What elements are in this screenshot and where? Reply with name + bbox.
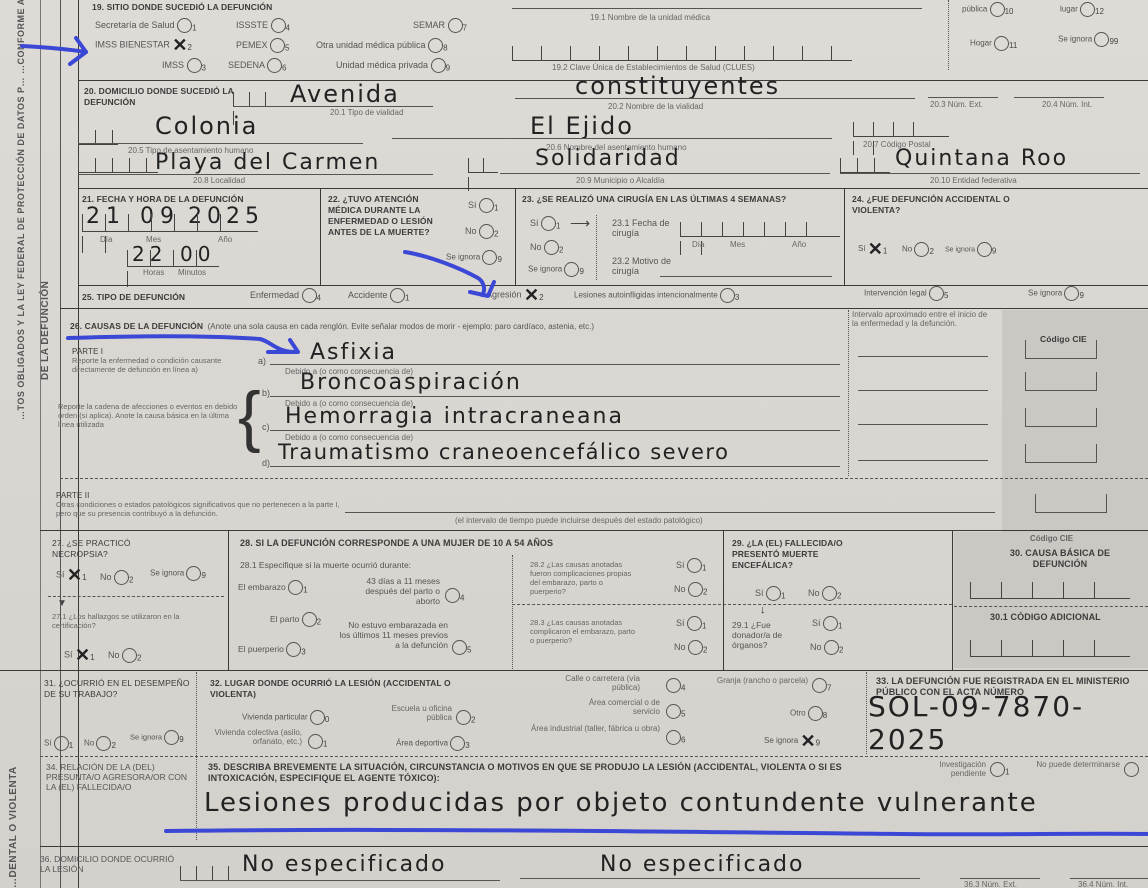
s25-option-se-ignora[interactable]: Se ignora 9: [1028, 286, 1084, 301]
s26-parte1-note: Reporte la enfermedad o condición causan…: [72, 356, 242, 374]
s19-option-otro-lugar[interactable]: lugar 12: [1060, 2, 1104, 17]
s32-option-industrial-label: Área industrial (taller, fábrica u obra): [524, 724, 660, 733]
radio-circle[interactable]: [456, 710, 471, 725]
s20-2-label: 20.2 Nombre de la vialidad: [608, 102, 703, 111]
margin-line: [40, 0, 41, 888]
s19-divider: [948, 0, 949, 70]
s20-10-entidad-value[interactable]: Quintana Roo: [895, 146, 1068, 171]
s19-option-se-ignora[interactable]: Se ignora 99: [1058, 32, 1138, 47]
s26-parte2-footnote: (el intervalo de tiempo puede incluirse …: [455, 516, 703, 525]
s19-option-sedena[interactable]: SEDENA 6: [228, 58, 286, 73]
underline: [270, 364, 840, 365]
radio-circle[interactable]: [445, 588, 460, 603]
s26-cause-c-value[interactable]: Hemorragia intracraneana: [285, 404, 624, 429]
s32-option-escuela[interactable]: 2: [456, 710, 475, 725]
s28-3-option-si[interactable]: Sí 1: [676, 616, 706, 631]
s34-title: 34. RELACIÓN DE LA (DEL) PRESUNTA/O AGRE…: [46, 762, 196, 792]
s26-parte2-input[interactable]: [345, 512, 995, 513]
s32-option-area-deportiva[interactable]: Área deportiva 3: [396, 736, 470, 751]
s29-option-no[interactable]: No 2: [808, 586, 841, 601]
s27-1-option-si[interactable]: Sí ✕1: [64, 648, 95, 662]
s20-1-tipo-vialidad-value[interactable]: Avenida: [290, 80, 400, 108]
margin-vertical-text-mid: DE LA DEFUNCIÓN: [40, 281, 51, 380]
radio-circle[interactable]: [688, 640, 703, 655]
s19-option-secretaria-salud[interactable]: Secretaría de Salud 1: [95, 18, 197, 33]
s29-1-option-si[interactable]: Sí 1: [812, 616, 842, 631]
s31-option-si[interactable]: Sí 1: [44, 736, 73, 751]
s32-option-industrial[interactable]: 6: [666, 730, 685, 745]
s25-option-agresion[interactable]: Agresión ✕2: [486, 288, 544, 302]
s26-cause-a-value[interactable]: Asfixia: [310, 340, 397, 365]
s19-option-hogar[interactable]: Hogar 11: [970, 36, 1017, 51]
s32-option-otro[interactable]: Otro 8: [790, 706, 827, 721]
radio-circle[interactable]: [1124, 762, 1139, 777]
s32-option-escuela-label: Escuela u oficina pública: [372, 704, 452, 722]
s20-3-label: 20.3 Núm. Ext.: [930, 100, 983, 109]
s23-1-fecha-input[interactable]: [680, 222, 840, 237]
underline: [1014, 97, 1104, 98]
s20-8-localidad-value[interactable]: Playa del Carmen: [155, 150, 380, 175]
s28-1-option-43dias[interactable]: 4: [445, 588, 464, 603]
s32-option-vivienda-colectiva-label: Vivienda colectiva (asilo, orfanato, etc…: [202, 728, 302, 746]
section-divider: [78, 285, 1148, 286]
s29-1-option-no[interactable]: No 2: [810, 640, 843, 655]
radio-circle[interactable]: [1094, 32, 1109, 47]
s32-option-vivienda-colectiva[interactable]: 1: [308, 734, 327, 749]
s20-2-nombre-vialidad-value[interactable]: constituyentes: [575, 72, 780, 100]
s35-title: 35. DESCRIBA BREVEMENTE LA SITUACIÓN, CI…: [208, 762, 908, 784]
underline: [270, 430, 840, 431]
radio-circle[interactable]: [302, 612, 317, 627]
divider: [40, 756, 1148, 757]
s20-5-tipo-asentamiento-value[interactable]: Colonia: [155, 112, 258, 140]
section-divider: [844, 188, 845, 285]
underline: [78, 174, 433, 175]
s23-1-mes-label: Mes: [730, 240, 745, 249]
section-divider: [40, 530, 1148, 531]
s32-option-granja[interactable]: 7: [812, 678, 831, 693]
s23-1-dia-label: Día: [692, 240, 704, 249]
s24-option-no[interactable]: No 2: [902, 242, 934, 257]
death-certificate-page: …TOS OBLIGADOS Y LA LEY FEDERAL DE PROTE…: [0, 0, 1148, 888]
s25-option-intervencion-legal[interactable]: Intervención legal 5: [864, 286, 948, 301]
s28-1-option-embarazo[interactable]: El embarazo 1: [238, 580, 308, 595]
s27-1-option-no[interactable]: No 2: [108, 648, 141, 663]
radio-circle[interactable]: [122, 648, 137, 663]
s35-option-no-determinarse-label: No puede determinarse: [1030, 760, 1120, 769]
underline: [960, 878, 1040, 879]
radio-circle[interactable]: [812, 678, 827, 693]
s23-2-motivo-input[interactable]: [660, 276, 832, 277]
s26-interval-d[interactable]: [858, 460, 988, 461]
s28-1-option-parto[interactable]: El parto 2: [270, 612, 321, 627]
s25-title: 25. TIPO DE DEFUNCIÓN: [82, 292, 185, 303]
radio-circle[interactable]: [541, 216, 556, 231]
underline: [515, 98, 915, 99]
section-divider: [320, 188, 321, 285]
s19-1-line: [512, 8, 922, 9]
arrow-right-icon: ⟶: [570, 215, 590, 232]
s23-2-label: 23.2 Motivo de cirugía: [612, 256, 682, 276]
s32-option-comercial-label: Área comercial o de servicio: [560, 698, 660, 716]
underline: [928, 97, 998, 98]
radio-circle[interactable]: [823, 616, 838, 631]
divider: [954, 606, 1148, 607]
s26-cie-c[interactable]: [1025, 408, 1097, 427]
s19-title: 19. SITIO DONDE SUCEDIÓ LA DEFUNCIÓN: [92, 2, 272, 13]
s28-1-option-no-embarazada-label: No estuvo embarazada en los últimos 11 m…: [338, 620, 448, 650]
s28-3-question: 28.3 ¿Las causas anotadas complicaron el…: [530, 618, 640, 645]
section-divider: [78, 188, 1148, 189]
s25-option-autoinfligidas[interactable]: Lesiones autoinfligidas intencionalmente…: [574, 288, 739, 303]
radio-circle[interactable]: [666, 704, 681, 719]
s26-parte2-note: Otras condiciones o estados patológicos …: [56, 500, 346, 518]
s30-causa-basica-input[interactable]: [970, 582, 1130, 599]
s28-2-option-si[interactable]: Sí 1: [676, 558, 706, 573]
radio-circle[interactable]: [164, 730, 179, 745]
s26-cie-b[interactable]: [1025, 372, 1097, 391]
underline: [233, 106, 433, 107]
s36-4-label: 36.4 Núm. Int.: [1078, 880, 1128, 888]
s23-option-se-ignora[interactable]: Se ignora 9: [528, 262, 584, 277]
radio-circle[interactable]: [286, 642, 301, 657]
divider: [866, 672, 867, 754]
s20-8-boxes: [78, 158, 158, 173]
s20-6-nombre-asentamiento-value[interactable]: El Ejido: [530, 112, 634, 140]
radio-circle[interactable]: [824, 640, 839, 655]
underline: [78, 143, 363, 144]
s23-title: 23. ¿SE REALIZÓ UNA CIRUGÍA EN LAS ÚLTIM…: [522, 194, 786, 205]
section-divider: [228, 530, 229, 670]
divider: [596, 215, 597, 280]
section-divider: [40, 846, 1148, 847]
radio-circle[interactable]: [302, 288, 317, 303]
s36-title: 36. DOMICILIO DONDE OCURRIÓ LA LESIÓN: [40, 854, 180, 874]
radio-circle[interactable]: [687, 616, 702, 631]
section-divider: [60, 308, 1148, 309]
underline: [1070, 878, 1148, 879]
radio-circle[interactable]: [990, 762, 1005, 777]
s31-option-se-ignora[interactable]: Se ignora 9: [130, 730, 200, 745]
underline: [520, 878, 920, 879]
s35-option-investigacion-label: Investigación pendiente: [926, 760, 986, 778]
underline: [392, 138, 832, 139]
radio-circle[interactable]: [1080, 2, 1095, 17]
divider: [848, 310, 849, 476]
s19-option-semar[interactable]: SEMAR 7: [413, 18, 467, 33]
radio-circle[interactable]: [308, 734, 323, 749]
s32-option-calle-label: Calle o carretera (vía pública): [540, 674, 640, 692]
s28-1-option-no-embarazada[interactable]: 5: [452, 640, 471, 655]
radio-circle[interactable]: [187, 58, 202, 73]
s20-7-codigo-postal-input[interactable]: [853, 122, 949, 137]
margin-vertical-text-bottom: …DENTAL O VIOLENTA: [8, 766, 19, 888]
divider: [512, 604, 952, 605]
s27-option-si[interactable]: Sí ✕1: [56, 568, 87, 582]
s26-letter-c: c): [262, 422, 270, 432]
section-divider: [952, 530, 953, 670]
s32-option-comercial[interactable]: 5: [666, 704, 685, 719]
divider: [60, 478, 1148, 479]
s28-1-option-puerperio[interactable]: El puerperio 3: [238, 642, 306, 657]
margin-vertical-text-top: …TOS OBLIGADOS Y LA LEY FEDERAL DE PROTE…: [16, 0, 26, 420]
underline: [500, 173, 830, 174]
s19-1-label: 19.1 Nombre de la unidad médica: [590, 13, 710, 22]
s19-option-pemex[interactable]: PEMEX 5: [236, 38, 289, 53]
radio-circle[interactable]: [564, 262, 579, 277]
s19-option-issste[interactable]: ISSSTE 4: [236, 18, 290, 33]
s22-option-se-ignora[interactable]: Se ignora 9: [446, 250, 506, 265]
checkmark-x-icon: ✕: [172, 35, 187, 55]
s26-cause-d-value[interactable]: Traumatismo craneoencefálico severo: [278, 440, 729, 464]
s26-letter-d: d): [262, 458, 270, 468]
s20-1-boxes: [233, 92, 281, 107]
s20-8-label: 20.8 Localidad: [193, 176, 245, 185]
s22-option-no[interactable]: No 2: [465, 224, 498, 239]
divider: [512, 555, 513, 669]
radio-circle[interactable]: [822, 586, 837, 601]
s29-title: 29. ¿LA (EL) FALLECIDA/O PRESENTÓ MUERTE…: [732, 538, 872, 571]
radio-circle[interactable]: [177, 18, 192, 33]
s30-1-title: 30.1 CÓDIGO ADICIONAL: [990, 612, 1101, 623]
s20-title: 20. DOMICILIO DONDE SUCEDIÓ LA DEFUNCIÓN: [84, 86, 234, 108]
s27-option-se-ignora[interactable]: Se ignora 9: [150, 566, 225, 581]
radio-circle[interactable]: [1064, 286, 1079, 301]
radio-circle[interactable]: [479, 224, 494, 239]
s29-option-si[interactable]: Sí 1: [755, 586, 785, 601]
s35-option-investigacion[interactable]: 1: [990, 762, 1009, 777]
checkmark-x-icon: ✕: [67, 565, 82, 585]
s19-option-otra-publica[interactable]: Otra unidad médica pública 8: [316, 38, 448, 53]
s31-title: 31. ¿OCURRIÓ EN EL DESEMPEÑO DE SU TRABA…: [44, 678, 194, 700]
s29-1-question: 29.1 ¿Fue donador/a de órganos?: [732, 620, 794, 650]
s25-option-accidente[interactable]: Accidente 1: [348, 288, 410, 303]
s26-interval-a[interactable]: [858, 356, 988, 357]
underline: [840, 173, 1140, 174]
radio-circle[interactable]: [448, 18, 463, 33]
radio-circle[interactable]: [310, 710, 325, 725]
s26-interval-b[interactable]: [858, 390, 988, 391]
radio-circle[interactable]: [688, 582, 703, 597]
s19-2-clues-input[interactable]: [512, 46, 852, 61]
radio-circle[interactable]: [431, 58, 446, 73]
radio-circle[interactable]: [994, 36, 1009, 51]
s32-option-se-ignora[interactable]: Se ignora ✕9: [764, 734, 820, 748]
s26-letter-b: b): [262, 388, 270, 398]
s20-4-label: 20.4 Núm. Int.: [1042, 100, 1092, 109]
radio-circle[interactable]: [288, 580, 303, 595]
s32-option-vivienda-particular[interactable]: Vivienda particular 0: [242, 710, 329, 725]
s28-3-option-no[interactable]: No 2: [674, 640, 707, 655]
s21-date-boxes: [82, 214, 258, 232]
radio-circle[interactable]: [270, 38, 285, 53]
underline: [270, 466, 840, 467]
arrow-down-icon: ▼: [57, 598, 67, 609]
s23-1-anio-label: Año: [792, 240, 806, 249]
s30-cie-label: Código CIE: [1030, 534, 1073, 543]
s32-option-granja-label: Granja (rancho o parcela): [698, 676, 808, 685]
radio-circle[interactable]: [687, 558, 702, 573]
s20-9-municipio-value[interactable]: Solidaridad: [535, 146, 681, 171]
s30-title: 30. CAUSA BÁSICA DE DEFUNCIÓN: [1000, 548, 1120, 570]
s31-option-no[interactable]: No 2: [84, 736, 116, 751]
s28-2-question: 28.2 ¿Las causas anotadas fueron complic…: [530, 560, 640, 596]
s20-1-label: 20.1 Tipo de vialidad: [330, 108, 403, 117]
radio-circle[interactable]: [666, 730, 681, 745]
s32-option-calle[interactable]: 4: [666, 678, 685, 693]
divider: [48, 596, 224, 597]
s24-option-si[interactable]: Sí ✕1: [858, 242, 887, 256]
radio-circle[interactable]: [720, 288, 735, 303]
s26-cie-a[interactable]: [1025, 340, 1097, 359]
s28-1-option-43dias-label: 43 días a 11 meses después del parto o a…: [350, 576, 440, 606]
s19-option-imss-bienestar[interactable]: IMSS BIENESTAR ✕2: [95, 38, 192, 52]
s26-title: 26. CAUSAS DE LA DEFUNCIÓN: [70, 321, 203, 331]
s26-header: 26. CAUSAS DE LA DEFUNCIÓN (Anote una so…: [70, 316, 594, 334]
radio-circle[interactable]: [766, 586, 781, 601]
radio-circle[interactable]: [271, 18, 286, 33]
radio-circle[interactable]: [452, 640, 467, 655]
brace-icon: {: [238, 382, 261, 450]
s36-3-label: 36.3 Núm. Ext.: [964, 880, 1017, 888]
s20-9-label: 20.9 Municipio o Alcaldía: [576, 176, 665, 185]
checkmark-x-icon: ✕: [868, 239, 883, 259]
s28-2-option-no[interactable]: No 2: [674, 582, 707, 597]
s20-9-boxes: [468, 158, 498, 173]
s21-dia-label: Día: [100, 235, 112, 244]
s26-interval-header: Intervalo aproximado entre el inicio de …: [852, 310, 992, 328]
s33-acta-value[interactable]: SOL-09-7870-2025: [868, 690, 1148, 756]
s21-time-boxes: [127, 250, 219, 267]
s19-2-label: 19.2 Clave Única de Establecimientos de …: [552, 63, 755, 72]
radio-circle[interactable]: [114, 570, 129, 585]
s21-anio-label: Año: [218, 235, 232, 244]
radio-circle[interactable]: [990, 2, 1005, 17]
s27-1-title: 27.1 ¿Los hallazgos se utilizaron en la …: [52, 612, 212, 630]
radio-circle[interactable]: [450, 736, 465, 751]
s22-option-si[interactable]: Sí 1: [468, 198, 498, 213]
underline: [270, 396, 840, 397]
s24-option-se-ignora[interactable]: Se ignora 9: [945, 242, 996, 257]
checkmark-x-icon: ✕: [524, 285, 539, 305]
margin-line: [60, 0, 61, 888]
radio-circle[interactable]: [808, 706, 823, 721]
s28-title: 28. SI LA DEFUNCIÓN CORRESPONDE A UNA MU…: [240, 538, 553, 549]
s36-boxes: [180, 866, 240, 881]
s36-tipo-vialidad-value[interactable]: No especificado: [242, 852, 446, 877]
s26-cause-b-value[interactable]: Broncoaspiración: [300, 370, 522, 395]
s20-10-label: 20.10 Entidad federativa: [930, 176, 1017, 185]
s26-chain-note: Reporte la cadena de afecciones o evento…: [58, 402, 238, 429]
section-divider: [515, 188, 516, 285]
radio-circle[interactable]: [479, 198, 494, 213]
radio-circle[interactable]: [96, 736, 111, 751]
underline-annotation-s35: [166, 830, 1148, 834]
s32-title: 32. LUGAR DONDE OCURRIÓ LA LESIÓN (ACCID…: [210, 678, 470, 700]
radio-circle[interactable]: [666, 678, 681, 693]
s23-1-label: 23.1 Fecha de cirugía: [612, 218, 682, 238]
radio-circle[interactable]: [544, 240, 559, 255]
s30-1-codigo-adicional-input[interactable]: [970, 640, 1130, 657]
s27-option-no[interactable]: No 2: [100, 570, 133, 585]
s28-1-question: 28.1 Especifique si la muerte ocurrió du…: [240, 560, 411, 570]
s26-cie-d[interactable]: [1025, 444, 1097, 463]
underline: [180, 880, 500, 881]
radio-circle[interactable]: [267, 58, 282, 73]
radio-circle[interactable]: [914, 242, 929, 257]
radio-circle[interactable]: [186, 566, 201, 581]
arrow-down-icon: ↓: [760, 604, 766, 616]
arrow-annotation-s19: [22, 46, 86, 52]
s20-10-boxes: [840, 158, 890, 173]
radio-circle[interactable]: [929, 286, 944, 301]
s21-minutos-label: Minutos: [178, 268, 206, 277]
s35-option-no-determinarse[interactable]: [1124, 762, 1139, 777]
s19-option-via-publica[interactable]: pública 10: [962, 2, 1014, 17]
checkmark-x-icon: ✕: [800, 731, 815, 751]
s26-cie-parte2[interactable]: [1035, 494, 1107, 513]
radio-circle[interactable]: [428, 38, 443, 53]
checkmark-x-icon: ✕: [75, 645, 90, 665]
section-divider: [723, 530, 724, 670]
s36-nombre-vialidad-value[interactable]: No especificado: [600, 852, 804, 877]
radio-circle[interactable]: [482, 250, 497, 265]
radio-circle[interactable]: [54, 736, 69, 751]
s22-title: 22. ¿TUVO ATENCIÓN MÉDICA DURANTE LA ENF…: [328, 194, 443, 238]
s21-horas-label: Horas: [143, 268, 164, 277]
s35-description-value[interactable]: Lesiones producidas por objeto contunden…: [204, 788, 1038, 818]
s26-interval-c[interactable]: [858, 424, 988, 425]
section-divider: [0, 670, 1148, 671]
radio-circle[interactable]: [390, 288, 405, 303]
s26-letter-a: a): [258, 356, 266, 366]
s24-title: 24. ¿FUE DEFUNCIÓN ACCIDENTAL O VIOLENTA…: [852, 194, 1012, 216]
s26-instructions: (Anote una sola causa en cada renglón. E…: [208, 322, 594, 331]
radio-circle[interactable]: [977, 242, 992, 257]
s27-title: 27. ¿SE PRACTICÓ NECROPSIA?: [52, 538, 162, 560]
s25-option-enfermedad[interactable]: Enfermedad 4: [250, 288, 321, 303]
s23-option-si[interactable]: Sí 1: [530, 216, 560, 231]
s19-option-privada[interactable]: Unidad médica privada 9: [336, 58, 450, 73]
s19-option-imss[interactable]: IMSS 3: [162, 58, 206, 73]
s23-option-no[interactable]: No 2: [530, 240, 563, 255]
